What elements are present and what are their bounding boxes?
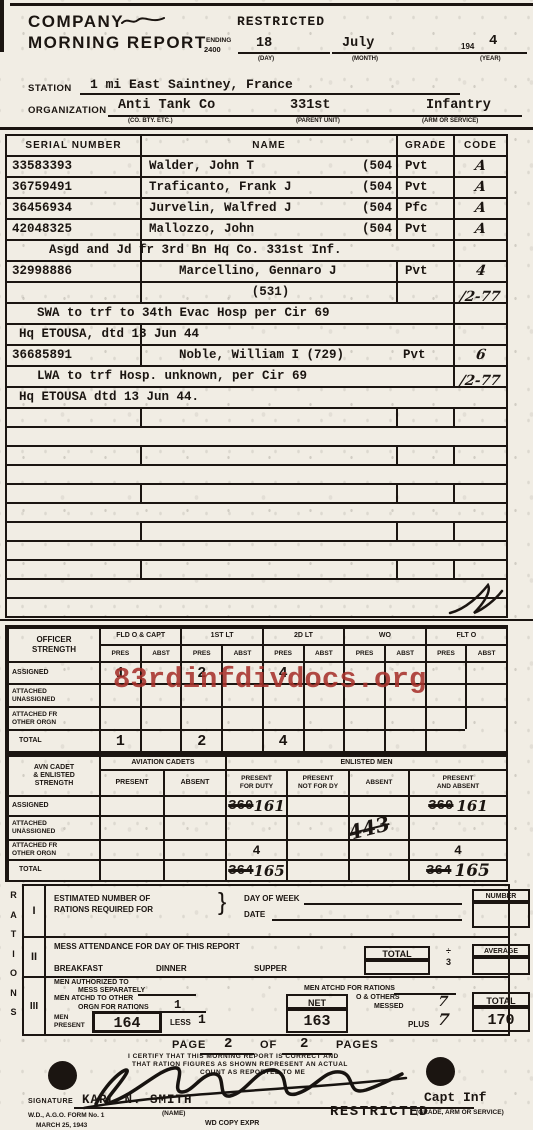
empty-cell <box>348 859 408 880</box>
code-cell: A <box>453 178 506 197</box>
serial-number: 36759491 <box>7 178 140 197</box>
net-box-label: NET <box>286 994 348 1009</box>
subcol-abst: ABST <box>140 644 181 661</box>
soldier-name: Walder, John T <box>149 157 254 176</box>
soldier-name: Mallozzo, John <box>149 220 254 239</box>
empty-cell <box>140 409 396 426</box>
day-underline <box>238 52 330 54</box>
form-title-line1: COMPANY <box>28 12 124 32</box>
empty-cell <box>343 706 384 729</box>
number-box-label: NUMBER <box>472 889 530 902</box>
soldier-name-cell: Mallozzo, John(504 <box>140 220 396 239</box>
date-line <box>272 919 462 921</box>
org-parent-value: 331st <box>290 98 331 113</box>
typed-struck-value: 360 <box>428 798 453 814</box>
group-2d-lt: 2D LT <box>262 627 343 644</box>
estimated-rations-line1: ESTIMATED NUMBER OF <box>54 894 150 904</box>
row-label-assigned: ASSIGNED <box>7 661 99 683</box>
roster-empty-row <box>7 523 506 542</box>
empty-cell <box>221 729 262 751</box>
serial-number: 36456934 <box>7 199 140 218</box>
total-1lt-pres: 2 <box>180 729 221 751</box>
subcol-abst: ABST <box>465 644 506 661</box>
remark-text: SWA to trf to 34th Evac Hosp per Cir 69 <box>7 304 453 323</box>
roster-empty-row <box>7 542 506 561</box>
grade-caption: (GRADE, ARM OR SERVICE) <box>416 1109 504 1117</box>
empty-cell <box>140 523 396 540</box>
number-box-value <box>472 902 530 928</box>
serial-number: 33583393 <box>7 157 140 176</box>
code-handwritten: /2-77 <box>459 289 501 305</box>
grade: Pvt <box>396 262 453 281</box>
org-unit-caption: (CO. BTY. ETC.) <box>128 118 173 124</box>
handwritten-correction: 161 <box>253 797 284 815</box>
total-present-and-absent: 364165 <box>408 859 506 880</box>
group-wo: WO <box>343 627 424 644</box>
of-label: OF <box>260 1039 277 1051</box>
average-box-label: AVERAGE <box>472 944 530 957</box>
ending-time: 2400 <box>204 45 221 54</box>
code-cell <box>453 304 506 323</box>
row-label-attached-fr: ATTACHED FR OTHER ORGN <box>7 839 99 859</box>
soldier-name-cell: Noble, William I (729) <box>140 346 396 365</box>
assigned-present-for-duty: 360161 <box>225 795 286 815</box>
subcol-abst: ABST <box>221 644 262 661</box>
organization-label: ORGANIZATION <box>28 105 107 116</box>
rations-section: I ESTIMATED NUMBER OF RATIONS REQUIRED F… <box>22 884 510 1036</box>
supper-label: SUPPER <box>254 964 287 974</box>
code-cell: A <box>453 220 506 239</box>
section-numeral-1: I <box>24 886 46 936</box>
empty-cell <box>140 706 181 729</box>
rations-row-3: III MEN AUTHORIZED TO MESS SEPARATELY ME… <box>24 978 508 1034</box>
atchd-other-value: 1 <box>174 998 181 1012</box>
name-paren: (504 <box>362 178 392 197</box>
row-label-attached-fr: ATTACHED FR OTHER ORGN <box>7 706 99 729</box>
empty-cell <box>396 561 453 578</box>
total-present-for-duty: 364165 <box>225 859 286 880</box>
regiment-paren: (531) <box>252 283 290 302</box>
roster-row: (531) /2-77 <box>7 283 506 304</box>
empty-cell <box>396 523 453 540</box>
atchd-other-line1: MEN ATCHD TO OTHER <box>54 995 133 1003</box>
assigned-present-and-absent: 360161 <box>408 795 506 815</box>
empty-cell <box>99 859 163 880</box>
row-label-attached-unassigned: ATTACHED UNASSIGNED <box>7 683 99 706</box>
handwritten-correction: 161 <box>456 797 487 815</box>
total-box-label: TOTAL <box>364 946 430 960</box>
empty-cell <box>384 729 425 751</box>
grade: Pvt <box>396 157 453 176</box>
enlisted-strength-table: AVN CADET & ENLISTED STRENGTH AVIATION C… <box>5 753 508 882</box>
section-numeral-2: II <box>24 938 46 976</box>
empty-cell <box>425 729 466 751</box>
attached-fr-present-for-duty: 4 <box>225 839 286 859</box>
group-flt-o: FLT O <box>425 627 506 644</box>
empty-cell <box>7 561 140 578</box>
soldier-name-cell: Walder, John T(504 <box>140 157 396 176</box>
rations-row-1: I ESTIMATED NUMBER OF RATIONS REQUIRED F… <box>24 886 508 938</box>
form-title-line2: MORNING REPORT <box>28 33 207 53</box>
men-present-label: MEN PRESENT <box>54 1014 85 1030</box>
empty-cell <box>7 485 140 502</box>
men-atchd-rations-label: MEN ATCHD FOR RATIONS <box>304 985 395 993</box>
row-label-total: TOTAL <box>7 729 99 751</box>
messed-value: 7 <box>437 994 449 1010</box>
day-of-week-line <box>304 903 462 905</box>
soldier-name: Traficanto, Frank J <box>149 178 292 197</box>
morning-report-page: COMPANY MORNING REPORT RESTRICTED ENDING… <box>0 0 533 1130</box>
subcol-pres: PRES <box>262 644 303 661</box>
col-header-grade: GRADE <box>396 136 453 155</box>
signature-name: KARL N. SMITH <box>82 1093 193 1107</box>
year-prefix: 194 <box>461 42 474 51</box>
col-cadets-present: PRESENT <box>99 769 163 795</box>
brace: } <box>218 888 226 917</box>
grade: Pvt <box>396 346 453 365</box>
roster-row: 36456934 Jurvelin, Walfred J(504 Pfc A <box>7 199 506 220</box>
roster-empty-row <box>7 428 506 447</box>
name-paren: (504 <box>362 199 392 218</box>
roster-note-row: LWA to trf Hosp. unknown, per Cir 69 /2-… <box>7 367 506 388</box>
pen-flourish <box>446 583 504 617</box>
roster-row: 42048325 Mallozzo, John(504 Pvt A <box>7 220 506 241</box>
empty-cell <box>396 409 453 426</box>
col-header-name: NAME <box>140 136 396 155</box>
empty-cell <box>286 815 348 839</box>
grade: Pfc <box>396 199 453 218</box>
empty-cell <box>99 706 140 729</box>
month-caption: (MONTH) <box>352 56 378 62</box>
left-edge-mark <box>0 0 4 52</box>
top-edge-line <box>10 3 533 6</box>
report-year-value: 4 <box>489 33 497 49</box>
roster-empty-row <box>7 409 506 428</box>
ending-label: ENDING <box>206 37 231 44</box>
col-present-and-absent: PRESENT AND ABSENT <box>408 769 506 795</box>
section-numeral-3: III <box>24 978 46 1034</box>
attached-absent-cell: 443 <box>348 815 408 839</box>
empty-cell <box>99 815 163 839</box>
column-divider <box>140 325 142 344</box>
empty-cell <box>425 661 466 683</box>
watermark: 83rdinfdivdocs.org <box>113 663 426 696</box>
net-box-value: 163 <box>286 1009 348 1033</box>
soldier-name: Marcellino, Gennaro J <box>149 262 337 281</box>
empty-cell <box>163 795 225 815</box>
soldier-name: Jurvelin, Walfred J <box>149 199 292 218</box>
mess-separately-line <box>138 994 196 996</box>
empty-cell <box>140 729 181 751</box>
soldier-name-cell: Jurvelin, Walfred J(504 <box>140 199 396 218</box>
group-1st-lt: 1ST LT <box>180 627 261 644</box>
code-cell: A <box>453 157 506 176</box>
empty-cell <box>163 859 225 880</box>
row-label-attached-unassigned: ATTACHED UNASSIGNED <box>7 815 99 839</box>
empty-cell <box>163 815 225 839</box>
estimated-rations-line2: RATIONS REQUIRED FOR <box>54 905 153 915</box>
grade <box>396 283 453 302</box>
serial-number <box>7 283 140 302</box>
empty-cell <box>453 447 506 464</box>
col-present-not-for-duty: PRESENT NOT FOR DY <box>286 769 348 795</box>
empty-cell <box>465 706 506 729</box>
soldier-name-cell: Marcellino, Gennaro J <box>140 262 396 281</box>
empty-cell <box>99 839 163 859</box>
empty-cell <box>140 561 396 578</box>
row-label-assigned: ASSIGNED <box>7 795 99 815</box>
divide-by-three: ÷ 3 <box>446 946 451 968</box>
empty-cell <box>140 485 396 502</box>
pages-total: 2 <box>300 1036 308 1052</box>
name-caption: (NAME) <box>162 1110 185 1118</box>
empty-cell <box>225 815 286 839</box>
roster-empty-row <box>7 485 506 504</box>
empty-cell <box>180 706 221 729</box>
date-label: DATE <box>244 910 265 920</box>
remark-text: LWA to trf Hosp. unknown, per Cir 69 <box>7 367 453 386</box>
handwritten-correction: 165 <box>253 862 284 880</box>
station-underline <box>80 93 460 95</box>
org-arm-value: Infantry <box>426 98 491 113</box>
rations-vertical-label: R A T I O N S <box>7 886 20 1023</box>
code-cell: /2-77 <box>453 367 506 386</box>
code-handwritten: 4 <box>475 263 487 279</box>
org-parent-caption: (PARENT UNIT) <box>296 118 340 124</box>
day-caption: (DAY) <box>258 56 274 62</box>
subcol-pres: PRES <box>343 644 384 661</box>
code-handwritten: A <box>474 158 487 174</box>
empty-cell <box>262 706 303 729</box>
empty-cell <box>348 795 408 815</box>
code-handwritten: A <box>474 179 487 195</box>
col-header-code: CODE <box>453 136 506 155</box>
empty-cell <box>286 859 348 880</box>
plus-value: 7 <box>437 1010 451 1029</box>
empty-cell <box>303 729 344 751</box>
empty-cell <box>384 706 425 729</box>
group-enlisted-men: ENLISTED MEN <box>225 755 506 769</box>
rations-total-box-label: TOTAL <box>472 992 530 1007</box>
code-handwritten: A <box>474 221 487 237</box>
restricted-stamp: RESTRICTED <box>330 1104 429 1120</box>
empty-cell <box>99 795 163 815</box>
roster-row: 33583393 Walder, John T(504 Pvt A <box>7 157 506 178</box>
men-authorized-line1: MEN AUTHORIZED TO <box>54 979 129 987</box>
rations-row-3-content: MEN AUTHORIZED TO MESS SEPARATELY MEN AT… <box>46 978 508 1034</box>
empty-cell <box>425 683 466 706</box>
col-cadets-absent: ABSENT <box>163 769 225 795</box>
roster-row: 36685891 Noble, William I (729) Pvt 6 <box>7 346 506 367</box>
serial-number: 42048325 <box>7 220 140 239</box>
soldier-name-cell: Traficanto, Frank J(504 <box>140 178 396 197</box>
rations-total-box-value: 170 <box>472 1007 530 1032</box>
roster-note-row: SWA to trf to 34th Evac Hosp per Cir 69 <box>7 304 506 325</box>
strength-divider-line <box>0 619 533 621</box>
total-box-value <box>364 960 430 975</box>
form-identifier: W.D., A.G.O. FORM No. 1 <box>28 1112 104 1120</box>
empty-cell <box>7 447 140 464</box>
rations-row-2-content: MESS ATTENDANCE FOR DAY OF THIS REPORT B… <box>46 938 508 976</box>
group-aviation-cadets: AVIATION CADETS <box>99 755 225 769</box>
officer-grade: Capt Inf <box>424 1090 486 1105</box>
code-cell: 6 <box>453 346 506 365</box>
signature-label: SIGNATURE <box>28 1098 73 1106</box>
code-cell: 4 <box>453 262 506 281</box>
subcol-abst: ABST <box>384 644 425 661</box>
pen-squiggle-title <box>120 15 166 27</box>
typed-struck-value: 364 <box>228 863 253 879</box>
men-authorized-line2: MESS SEPARATELY <box>78 987 145 995</box>
empty-cell <box>396 485 453 502</box>
roster-row: 32998886 Marcellino, Gennaro J Pvt 4 <box>7 262 506 283</box>
empty-cell <box>7 523 140 540</box>
code-cell <box>453 241 506 260</box>
grade: Pvt <box>396 178 453 197</box>
code-cell <box>453 325 506 344</box>
roster-note-row: Hq ETOUSA dtd 13 Jun 44. <box>7 388 506 409</box>
roster-table: SERIAL NUMBER NAME GRADE CODE 33583393 W… <box>5 134 508 618</box>
day-of-week-label: DAY OF WEEK <box>244 894 300 904</box>
empty-cell <box>140 447 396 464</box>
roster-empty-row <box>7 504 506 523</box>
empty-cell <box>396 447 453 464</box>
others-line1: O & OTHERS <box>356 994 400 1002</box>
roster-empty-row <box>7 447 506 466</box>
roster-note-row: Asgd and Jd fr 3rd Bn Hq Co. 331st Inf. <box>7 241 506 262</box>
roster-empty-row <box>7 466 506 485</box>
empty-cell <box>163 839 225 859</box>
pages-label: PAGES <box>336 1039 379 1051</box>
mess-attendance-title: MESS ATTENDANCE FOR DAY OF THIS REPORT <box>54 942 240 952</box>
total-2lt-pres: 4 <box>262 729 303 751</box>
name-paren: (504 <box>362 220 392 239</box>
wd-copy-note: WD COPY EXPR <box>205 1120 259 1128</box>
page-number: 2 <box>224 1036 232 1052</box>
empty-cell <box>453 409 506 426</box>
code-handwritten: /2-77 <box>459 373 501 389</box>
code-handwritten: 6 <box>475 347 487 363</box>
code-cell: /2-77 <box>453 283 506 302</box>
soldier-name: Noble, William I (729) <box>149 346 344 365</box>
remark-text: Hq ETOUSA dtd 13 Jun 44. <box>7 388 506 407</box>
section-divider-line <box>0 127 533 130</box>
report-month-value: July <box>342 36 374 51</box>
org-arm-caption: (ARM OR SERVICE) <box>422 118 478 124</box>
roster-empty-row <box>7 599 506 616</box>
empty-cell <box>303 706 344 729</box>
code-handwritten: A <box>474 200 487 216</box>
subcol-pres: PRES <box>180 644 221 661</box>
empty-cell <box>7 409 140 426</box>
remark-text: Hq ETOUSA, dtd 13 Jun 44 <box>7 325 453 344</box>
typed-struck-value: 360 <box>228 798 253 814</box>
col-header-serial: SERIAL NUMBER <box>7 136 140 155</box>
empty-cell <box>221 706 262 729</box>
empty-cell <box>453 485 506 502</box>
row-label-total: TOTAL <box>7 859 99 880</box>
empty-cell <box>286 795 348 815</box>
empty-cell <box>425 706 466 729</box>
roster-note-row: Hq ETOUSA, dtd 13 Jun 44 <box>7 325 506 346</box>
station-label: STATION <box>28 83 72 94</box>
empty-cell <box>286 839 348 859</box>
grade: Pvt <box>396 220 453 239</box>
month-underline <box>332 52 460 54</box>
empty-cell <box>453 561 506 578</box>
empty-cell <box>408 815 506 839</box>
plus-label: PLUS <box>408 1020 429 1030</box>
col-present-for-duty: PRESENT FOR DUTY <box>225 769 286 795</box>
col-absent: ABSENT <box>348 769 408 795</box>
dinner-label: DINNER <box>156 964 187 974</box>
subcol-abst: ABST <box>303 644 344 661</box>
average-box-value <box>472 957 530 975</box>
empty-cell <box>453 523 506 540</box>
handwritten-correction: 165 <box>454 861 490 881</box>
report-day-value: 18 <box>256 36 272 51</box>
page-label: PAGE <box>172 1039 206 1051</box>
less-label: LESS <box>170 1018 191 1028</box>
subcol-pres: PRES <box>425 644 466 661</box>
subcol-pres: PRES <box>99 644 140 661</box>
avn-strength-header: AVN CADET & ENLISTED STRENGTH <box>7 755 99 795</box>
punch-hole-right <box>426 1057 455 1086</box>
empty-cell <box>465 661 506 683</box>
name-paren: (504 <box>362 157 392 176</box>
roster-row: 36759491 Traficanto, Frank J(504 Pvt A <box>7 178 506 199</box>
year-caption: (YEAR) <box>480 56 501 62</box>
remark-text: Asgd and Jd fr 3rd Bn Hq Co. 331st Inf. <box>7 241 453 260</box>
breakfast-label: BREAKFAST <box>54 964 103 974</box>
year-underline <box>455 52 527 54</box>
column-divider <box>140 241 142 260</box>
org-unit-value: Anti Tank Co <box>118 98 215 113</box>
serial-number: 32998886 <box>7 262 140 281</box>
soldier-name-cell: (531) <box>140 283 396 302</box>
roster-header-row: SERIAL NUMBER NAME GRADE CODE <box>7 136 506 157</box>
empty-cell <box>343 729 384 751</box>
roster-empty-row <box>7 561 506 580</box>
code-cell: A <box>453 199 506 218</box>
organization-underline <box>108 115 522 117</box>
rations-row-2: II MESS ATTENDANCE FOR DAY OF THIS REPOR… <box>24 938 508 978</box>
less-value: 1 <box>198 1012 206 1027</box>
group-fldo-capt: FLD O & CAPT <box>99 627 180 644</box>
station-value: 1 mi East Saintney, France <box>90 77 293 92</box>
others-line2: MESSED <box>374 1003 404 1011</box>
typed-struck-value: 364 <box>426 863 451 879</box>
total-fldo-pres: 1 <box>99 729 140 751</box>
empty-cell <box>465 683 506 706</box>
rations-row-1-content: ESTIMATED NUMBER OF RATIONS REQUIRED FOR… <box>46 886 508 936</box>
restricted-classification: RESTRICTED <box>237 14 325 29</box>
attached-fr-present-and-absent: 4 <box>408 839 506 859</box>
form-date: MARCH 25, 1943 <box>36 1122 87 1130</box>
officer-strength-header: OFFICER STRENGTH <box>7 627 99 661</box>
serial-number: 36685891 <box>7 346 140 365</box>
roster-empty-row <box>7 580 506 599</box>
punch-hole-left <box>48 1061 77 1090</box>
men-present-box: 164 <box>92 1011 162 1033</box>
